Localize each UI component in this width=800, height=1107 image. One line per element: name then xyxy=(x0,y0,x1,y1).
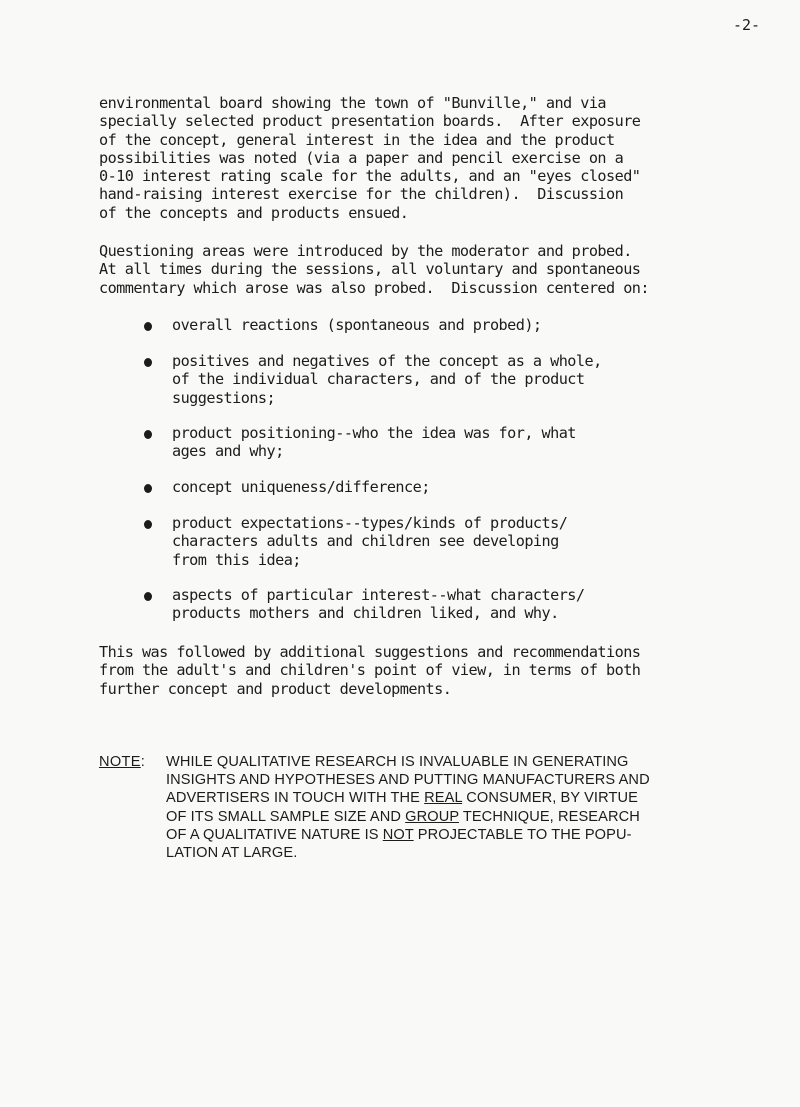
emphasis-not: NOT xyxy=(383,827,414,843)
list-item-text: product positioning--who the idea was fo… xyxy=(172,424,576,461)
bullet-icon xyxy=(144,520,152,529)
bullet-icon xyxy=(144,322,152,331)
emphasis-real: REAL xyxy=(424,790,462,806)
note-text: WHILE QUALITATIVE RESEARCH IS INVALUABLE… xyxy=(166,753,650,862)
bullet-icon xyxy=(144,592,152,601)
bullet-icon xyxy=(144,358,152,367)
paragraph-followup: This was followed by additional suggesti… xyxy=(99,643,640,698)
emphasis-group: GROUP xyxy=(405,809,459,825)
list-item-text: overall reactions (spontaneous and probe… xyxy=(172,316,542,334)
page-number: -2- xyxy=(733,16,760,34)
paragraph-methodology: environmental board showing the town of … xyxy=(99,94,640,222)
paragraph-questioning-areas: Questioning areas were introduced by the… xyxy=(99,242,649,297)
bullet-icon xyxy=(144,484,152,493)
list-item-text: product expectations--types/kinds of pro… xyxy=(172,514,567,569)
list-item-text: aspects of particular interest--what cha… xyxy=(172,586,585,623)
list-item-text: positives and negatives of the concept a… xyxy=(172,352,602,407)
list-item-text: concept uniqueness/difference; xyxy=(172,478,430,496)
bullet-icon xyxy=(144,430,152,439)
note-label: NOTE: xyxy=(99,753,145,771)
